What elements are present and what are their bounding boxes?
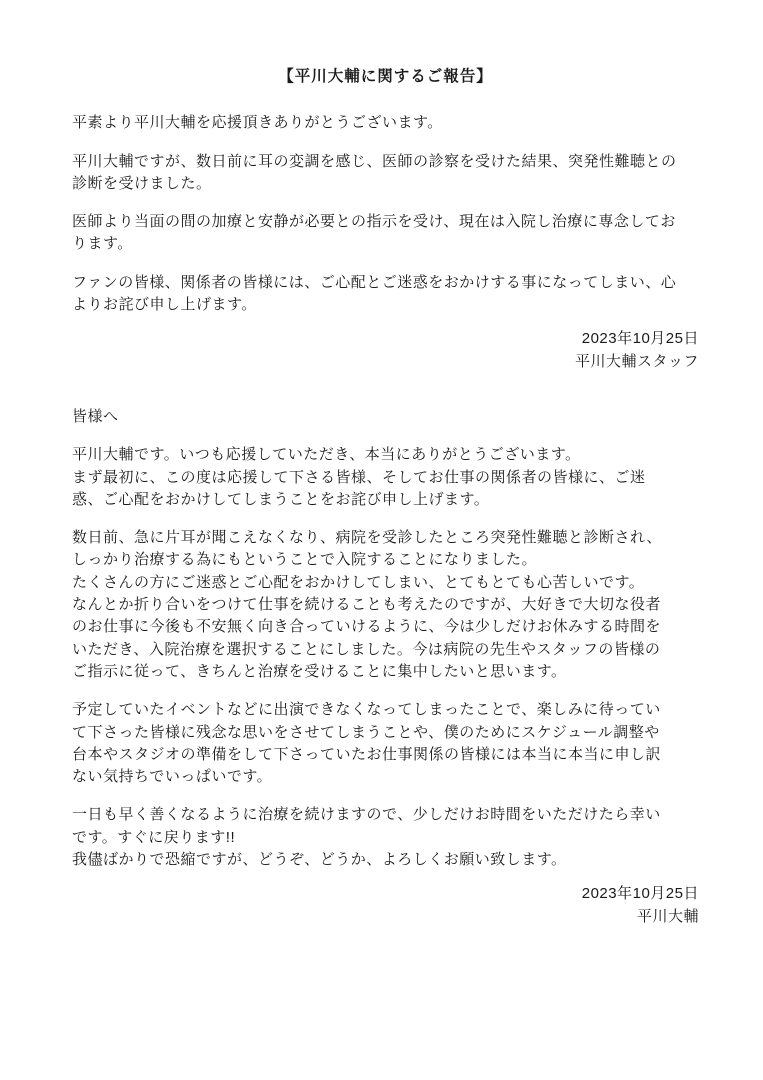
paragraph: 平素より平川大輔を応援頂きありがとうございます。 [72, 112, 699, 134]
paragraph: 平川大輔ですが、数日前に耳の変調を感じ、医師の診察を受けた結果、突発性難聴との診… [72, 151, 699, 196]
text-line: ファンの皆様、関係者の皆様には、ご心配とご迷惑をおかけする事になってしまい、心 [72, 272, 699, 294]
text-line: たくさんの方にご迷惑とご心配をおかけしてしまい、とてもとても心苦しいです。 [72, 572, 699, 594]
text-line: ない気持ちでいっぱいです。 [72, 766, 699, 788]
text-line: 惑、ご心配をおかけしてしまうことをお詫び申し上げます。 [72, 489, 699, 511]
text-line: 平川大輔ですが、数日前に耳の変調を感じ、医師の診察を受けた結果、突発性難聴との [72, 151, 699, 173]
paragraph: 一日も早く善くなるように治療を続けますので、少しだけお時間をいただけたら幸いです… [72, 804, 699, 871]
announcement-letter: 【平川大輔に関するご報告】 平素より平川大輔を応援頂きありがとうございます。平川… [0, 0, 763, 928]
staff-signature-block: 2023年10月25日 平川大輔スタッフ [72, 328, 699, 373]
personal-signature-date: 2023年10月25日 [72, 883, 699, 905]
document-page: 【平川大輔に関するご報告】 平素より平川大輔を応援頂きありがとうございます。平川… [0, 0, 763, 1080]
text-line: です。すぐに戻ります!! [72, 827, 699, 849]
text-line: 診断を受けました。 [72, 173, 699, 195]
text-line: 平素より平川大輔を応援頂きありがとうございます。 [72, 112, 699, 134]
text-line: ります。 [72, 233, 699, 255]
personal-signature-block: 2023年10月25日 平川大輔 [72, 883, 699, 928]
document-title: 【平川大輔に関するご報告】 [72, 66, 699, 88]
text-line: 台本やスタジオの準備をして下さっていたお仕事関係の皆様には本当に本当に申し訳 [72, 744, 699, 766]
text-line: 一日も早く善くなるように治療を続けますので、少しだけお時間をいただけたら幸い [72, 804, 699, 826]
text-line: 数日前、急に片耳が聞こえなくなり、病院を受診したところ突発性難聴と診断され、 [72, 527, 699, 549]
staff-notice-body: 平素より平川大輔を応援頂きありがとうございます。平川大輔ですが、数日前に耳の変調… [72, 112, 699, 316]
text-line: まず最初に、この度は応援して下さる皆様、そしてお仕事の関係者の皆様に、ご迷 [72, 467, 699, 489]
staff-signature-date: 2023年10月25日 [72, 328, 699, 350]
text-line: ご指示に従って、きちんと治療を受けることに集中したいと思います。 [72, 661, 699, 683]
text-line: のお仕事に今後も不安無く向き合っていけるように、今は少しだけお休みする時間を [72, 616, 699, 638]
paragraph: 予定していたイベントなどに出演できなくなってしまったことで、楽しみに待っていて下… [72, 699, 699, 788]
paragraph: 数日前、急に片耳が聞こえなくなり、病院を受診したところ突発性難聴と診断され、しっ… [72, 527, 699, 683]
text-line: よりお詫び申し上げます。 [72, 294, 699, 316]
text-line: 我儘ばかりで恐縮ですが、どうぞ、どうか、よろしくお願い致します。 [72, 849, 699, 871]
text-line: 医師より当面の間の加療と安静が必要との指示を受け、現在は入院し治療に専念してお [72, 211, 699, 233]
personal-signature-name: 平川大輔 [72, 906, 699, 928]
personal-salutation: 皆様へ [72, 406, 699, 428]
text-line: 予定していたイベントなどに出演できなくなってしまったことで、楽しみに待ってい [72, 699, 699, 721]
paragraph: 平川大輔です。いつも応援していただき、本当にありがとうございます。まず最初に、こ… [72, 444, 699, 511]
staff-signature-name: 平川大輔スタッフ [72, 351, 699, 373]
paragraph: 医師より当面の間の加療と安静が必要との指示を受け、現在は入院し治療に専念しており… [72, 211, 699, 256]
text-line: 平川大輔です。いつも応援していただき、本当にありがとうございます。 [72, 444, 699, 466]
text-line: なんとか折り合いをつけて仕事を続けることも考えたのですが、大好きで大切な役者 [72, 594, 699, 616]
personal-message-body: 平川大輔です。いつも応援していただき、本当にありがとうございます。まず最初に、こ… [72, 444, 699, 871]
personal-message-section: 皆様へ 平川大輔です。いつも応援していただき、本当にありがとうございます。まず最… [72, 406, 699, 928]
text-line: て下さった皆様に残念な思いをさせてしまうことや、僕のためにスケジュール調整や [72, 722, 699, 744]
paragraph: ファンの皆様、関係者の皆様には、ご心配とご迷惑をおかけする事になってしまい、心よ… [72, 272, 699, 317]
text-line: いただき、入院治療を選択することにしました。今は病院の先生やスタッフの皆様の [72, 639, 699, 661]
staff-notice-section: 平素より平川大輔を応援頂きありがとうございます。平川大輔ですが、数日前に耳の変調… [72, 112, 699, 373]
text-line: しっかり治療する為にもということで入院することになりました。 [72, 549, 699, 571]
